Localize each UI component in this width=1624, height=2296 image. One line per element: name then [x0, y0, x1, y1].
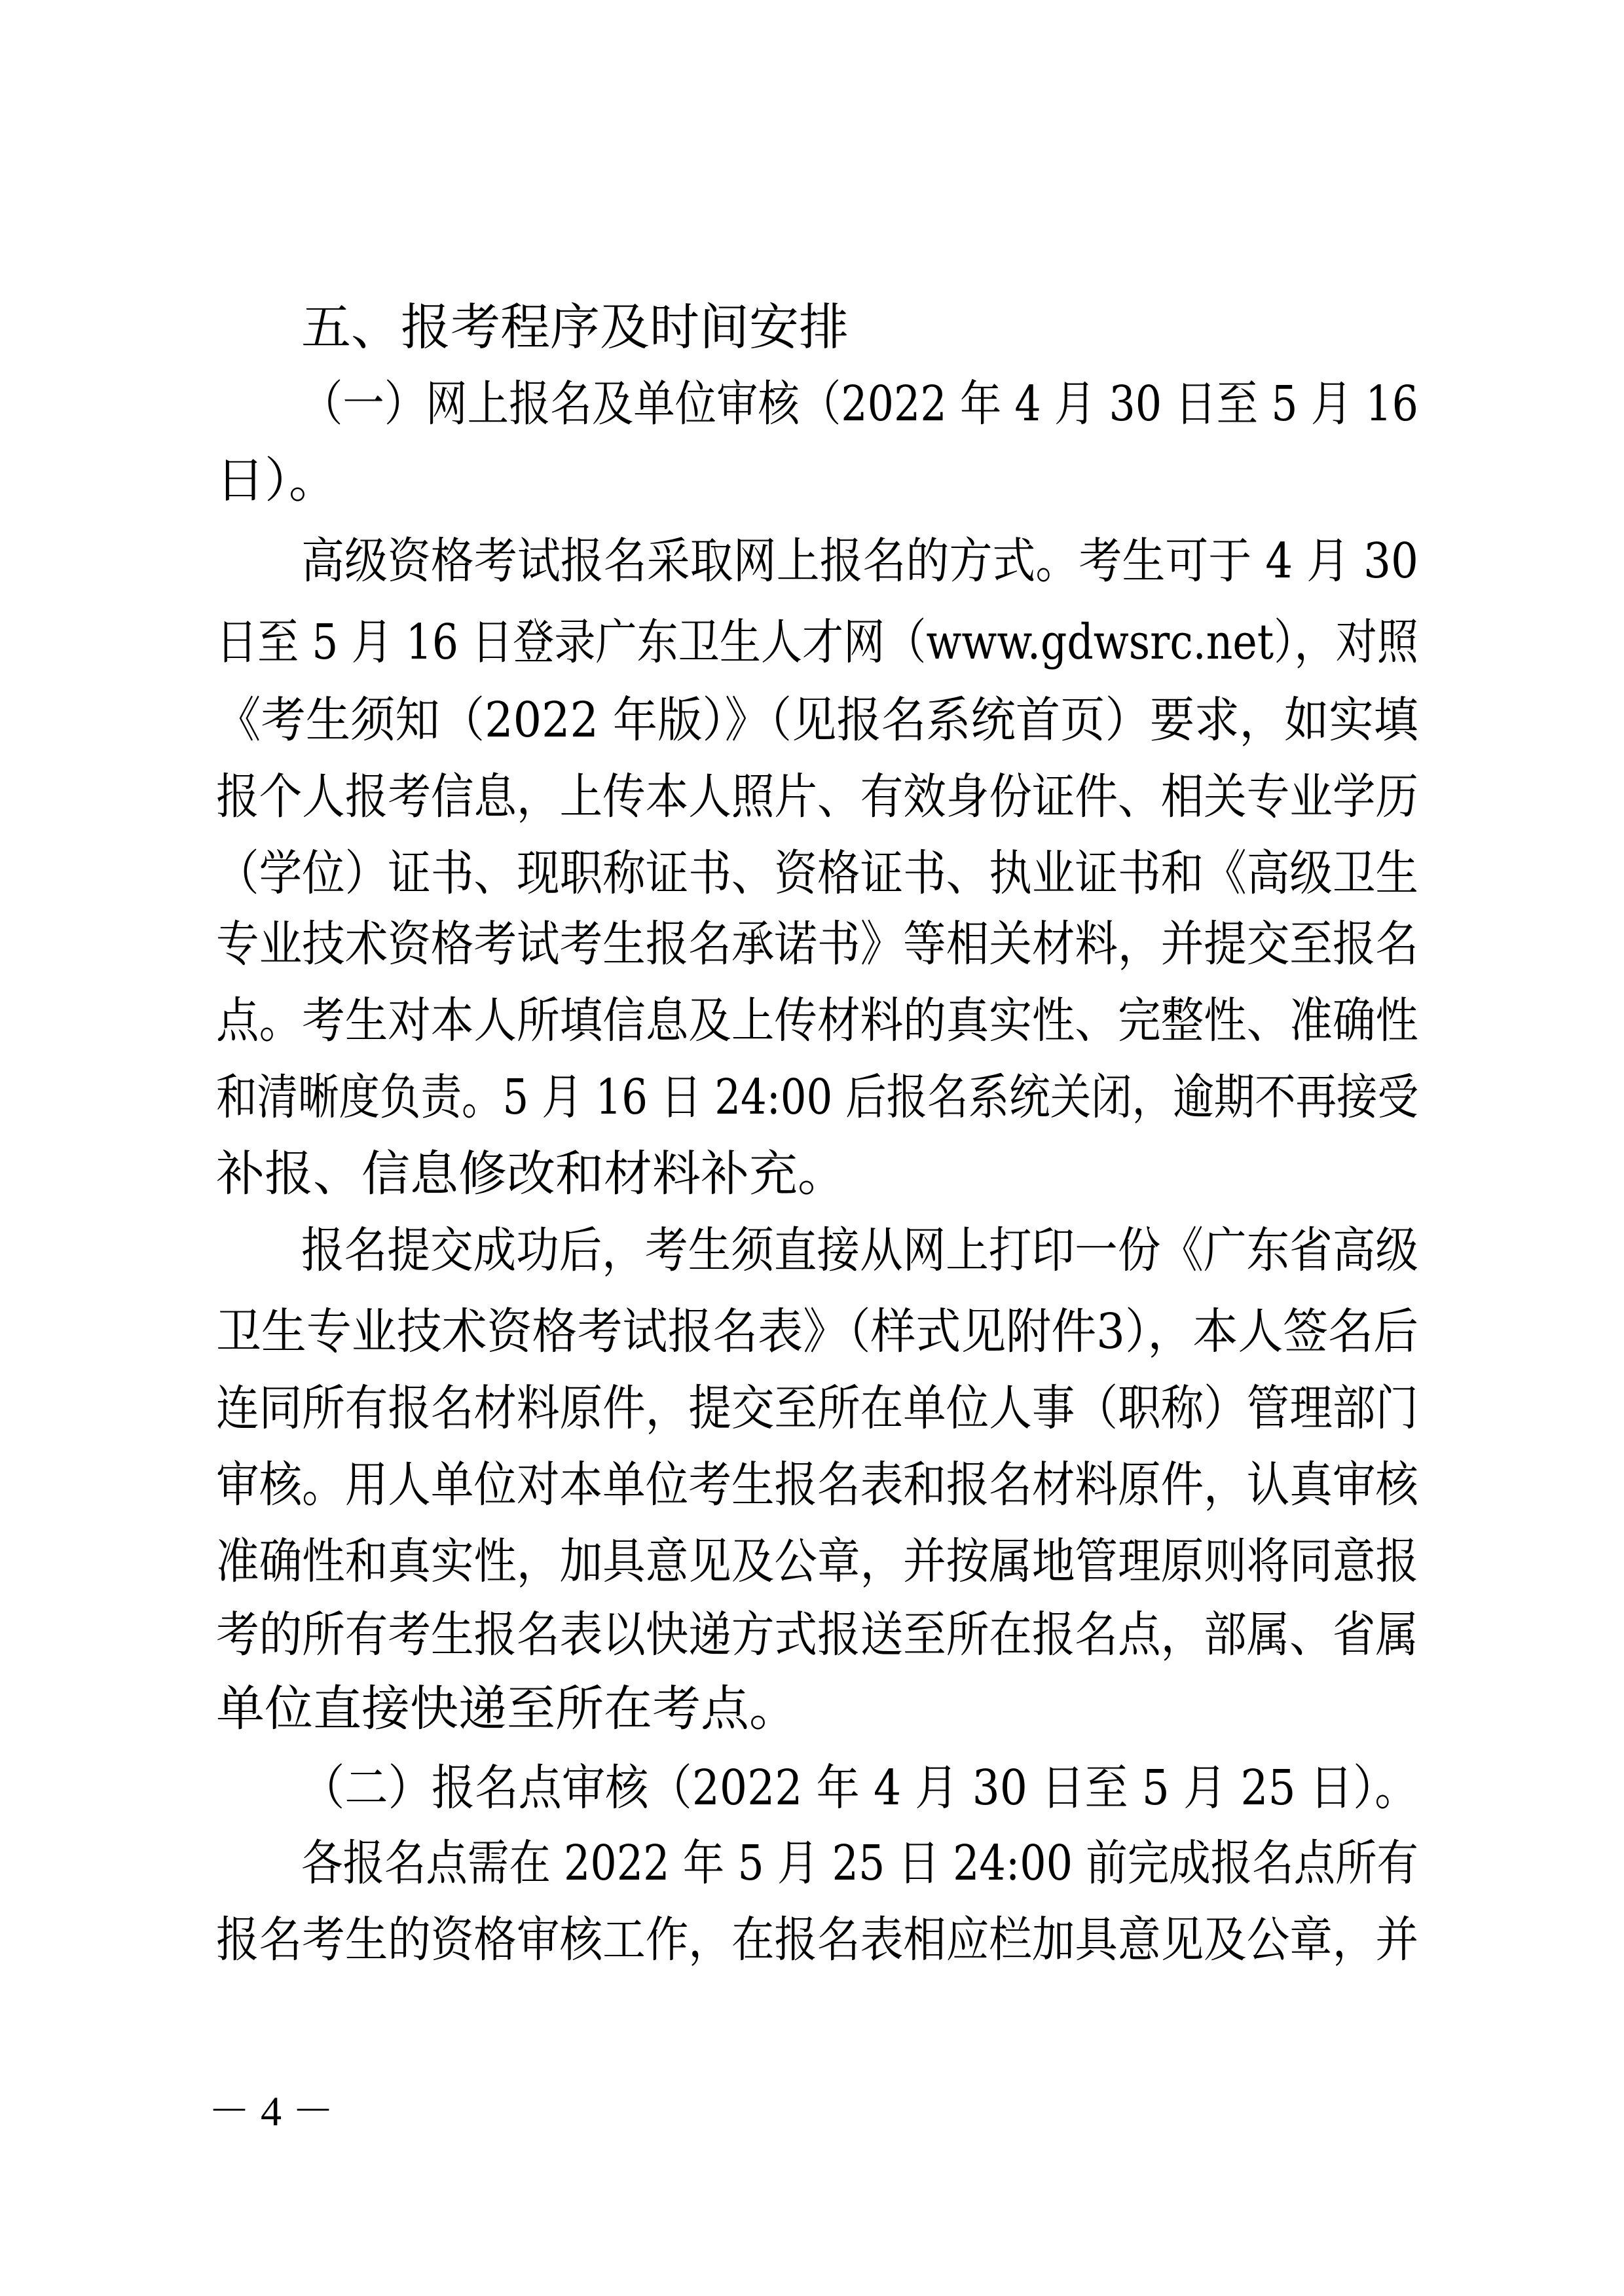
subsection-1-title-line-2: 日）。 — [216, 448, 1418, 513]
paragraph-2-line-7: 单位直接快递至所在考点。 — [216, 1676, 1418, 1741]
paragraph-2-line-1: 报名提交成功后，考生须直接从网上打印一份《广东省高级 — [301, 1218, 1418, 1283]
paragraph-3-line-2: 报名考生的资格审核工作，在报名表相应栏加具意见及公章，并 — [216, 1907, 1418, 1973]
paragraph-2-line-2: 卫生专业技术资格考试报名表》（样式见附件3），本人签名后 — [216, 1299, 1418, 1364]
paragraph-2-line-5: 准确性和真实性，加具意见及公章，并按属地管理原则将同意报 — [216, 1529, 1418, 1594]
paragraph-1-line-9: 补报、信息修改和材料补充。 — [216, 1141, 1418, 1207]
paragraph-1-line-5: （学位）证书、现职称证书、资格证书、执业证书和《高级卫生 — [216, 841, 1418, 906]
paragraph-2-line-3: 连同所有报名材料原件，提交至所在单位人事（职称）管理部门 — [216, 1376, 1418, 1441]
paragraph-3-line-1: 各报名点需在 2022 年 5 月 25 日 24:00 前完成报名点所有 — [301, 1831, 1418, 1896]
document-page: 五、报考程序及时间安排 （一）网上报名及单位审核（2022 年 4 月 30 日… — [0, 0, 1624, 2296]
subsection-1-title-line-1: （一）网上报名及单位审核（2022 年 4 月 30 日至 5 月 16 — [301, 371, 1418, 437]
paragraph-2-line-6: 考的所有考生报名表以快递方式报送至所在报名点，部属、省属 — [216, 1602, 1418, 1667]
page-number: － 4 － — [208, 2088, 334, 2134]
paragraph-2-line-4: 审核。用人单位对本单位考生报名表和报名材料原件，认真审核 — [216, 1452, 1418, 1518]
paragraph-1-line-8: 和清晰度负责。5 月 16 日 24:00 后报名系统关闭，逾期不再接受 — [216, 1065, 1418, 1130]
paragraph-1-line-4: 报个人报考信息，上传本人照片、有效身份证件、相关专业学历 — [216, 764, 1418, 829]
section-heading: 五、报考程序及时间安排 — [301, 295, 849, 360]
paragraph-1-line-2: 日至 5 月 16 日登录广东卫生人才网（www.gdwsrc.net），对照 — [216, 610, 1418, 675]
subsection-2-title: （二）报名点审核（2022 年 4 月 30 日至 5 月 25 日）。 — [301, 1755, 1418, 1821]
paragraph-1-line-3: 《考生须知（2022 年版）》（见报名系统首页）要求，如实填 — [216, 687, 1418, 753]
paragraph-1-line-6: 专业技术资格考试考生报名承诺书》等相关材料，并提交至报名 — [216, 911, 1418, 977]
paragraph-1-line-1: 高级资格考试报名采取网上报名的方式。考生可于 4 月 30 — [301, 528, 1418, 594]
paragraph-1-line-7: 点。考生对本人所填信息及上传材料的真实性、完整性、准确性 — [216, 988, 1418, 1053]
